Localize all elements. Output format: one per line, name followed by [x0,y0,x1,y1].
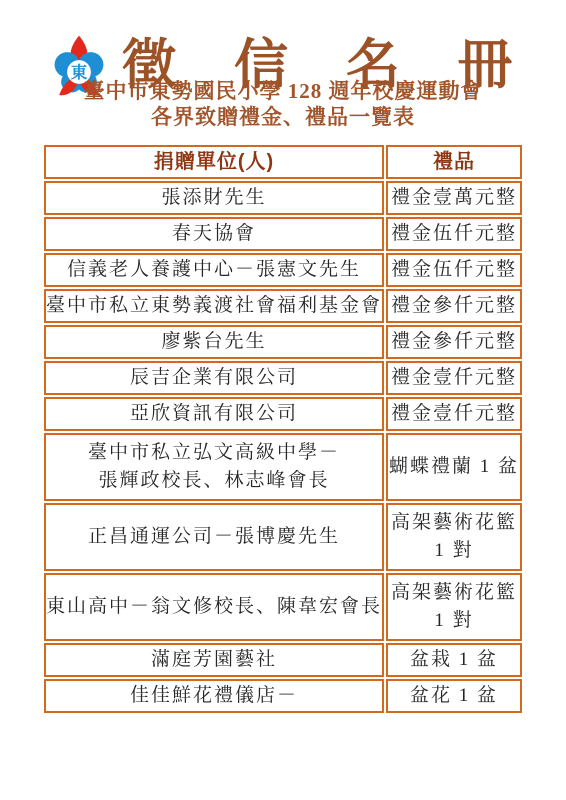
donor-cell: 正昌通運公司－張博慶先生 [44,503,384,571]
table-row: 廖紫台先生 禮金參仟元整 [44,325,522,359]
donor-cell: 信義老人養護中心－張憲文先生 [44,253,384,287]
document-header: 東 徵 信 名 冊 [0,0,566,74]
table-row: 辰吉企業有限公司 禮金壹仟元整 [44,361,522,395]
gift-text: 高架藝術花籃 [391,579,517,607]
donor-cell: 臺中市私立東勢義渡社會福利基金會 [44,289,384,323]
donor-text: 張添財先生 [161,184,266,212]
donor-text: 廖紫台先生 [161,328,266,356]
donor-text: 信義老人養護中心－張憲文先生 [67,256,361,284]
gift-text: 禮金伍仟元整 [391,220,517,248]
donor-text: 亞欣資訊有限公司 [130,400,298,428]
gift-text: 禮金參仟元整 [391,328,517,356]
donor-cell: 滿庭芳園藝社 [44,643,384,677]
table-row: 正昌通運公司－張博慶先生 高架藝術花籃 1 對 [44,503,522,571]
table-row: 信義老人養護中心－張憲文先生 禮金伍仟元整 [44,253,522,287]
gift-cell: 高架藝術花籃 1 對 [386,573,522,641]
gift-text: 蝴蝶禮蘭 1 盆 [389,453,519,481]
header-gift-column: 禮品 [386,145,522,179]
donor-text: 張輝政校長、林志峰會長 [98,467,329,495]
header-donor-column: 捐贈單位(人) [44,145,384,179]
gift-cell: 高架藝術花籃 1 對 [386,503,522,571]
gift-cell: 禮金壹仟元整 [386,397,522,431]
table-row: 臺中市私立弘文高級中學－ 張輝政校長、林志峰會長 蝴蝶禮蘭 1 盆 [44,433,522,501]
gift-cell: 禮金參仟元整 [386,289,522,323]
gift-text: 禮金壹仟元整 [391,400,517,428]
donor-cell: 廖紫台先生 [44,325,384,359]
gift-text: 盆栽 1 盆 [410,646,498,674]
gift-text: 1 對 [434,607,473,635]
gift-text: 高架藝術花籃 [391,509,517,537]
donor-text: 佳佳鮮花禮儀店－ [130,682,298,710]
donor-cell: 辰吉企業有限公司 [44,361,384,395]
table-row: 臺中市私立東勢義渡社會福利基金會 禮金參仟元整 [44,289,522,323]
donor-text: 正昌通運公司－張博慶先生 [88,523,340,551]
table-header-row: 捐贈單位(人) 禮品 [44,145,522,179]
donor-cell: 張添財先生 [44,181,384,215]
gift-cell: 禮金伍仟元整 [386,253,522,287]
donor-cell: 東山高中－翁文修校長、陳韋宏會長 [44,573,384,641]
subtitle-line1: 臺中市東勢國民小學 128 週年校慶運動會 [0,78,566,104]
donor-text: 滿庭芳園藝社 [151,646,277,674]
table-row: 張添財先生 禮金壹萬元整 [44,181,522,215]
donor-text: 春天協會 [172,220,256,248]
table-row: 春天協會 禮金伍仟元整 [44,217,522,251]
donor-text: 臺中市私立東勢義渡社會福利基金會 [46,292,382,320]
donor-text: 東山高中－翁文修校長、陳韋宏會長 [46,593,382,621]
gift-cell: 禮金壹萬元整 [386,181,522,215]
gift-text: 禮金參仟元整 [391,292,517,320]
table-row: 亞欣資訊有限公司 禮金壹仟元整 [44,397,522,431]
table-row: 佳佳鮮花禮儀店－ 盆花 1 盆 [44,679,522,713]
donor-text: 臺中市私立弘文高級中學－ [88,439,340,467]
donor-cell: 臺中市私立弘文高級中學－ 張輝政校長、林志峰會長 [44,433,384,501]
gift-text: 盆花 1 盆 [410,682,498,710]
page: 東 徵 信 名 冊 臺中市東勢國民小學 128 週年校慶運動會 各界致贈禮金、禮… [0,0,566,800]
donor-text: 辰吉企業有限公司 [130,364,298,392]
subtitle-line2: 各界致贈禮金、禮品一覽表 [0,104,566,130]
donor-cell: 春天協會 [44,217,384,251]
gift-text: 1 對 [434,537,473,565]
table-row: 滿庭芳園藝社 盆栽 1 盆 [44,643,522,677]
gift-cell: 禮金壹仟元整 [386,361,522,395]
gift-cell: 盆栽 1 盆 [386,643,522,677]
gift-text: 禮金壹萬元整 [391,184,517,212]
gift-cell: 禮金伍仟元整 [386,217,522,251]
donor-cell: 亞欣資訊有限公司 [44,397,384,431]
gift-text: 禮金伍仟元整 [391,256,517,284]
gift-cell: 盆花 1 盆 [386,679,522,713]
donation-table: 捐贈單位(人) 禮品 張添財先生 禮金壹萬元整 春天協會 禮金伍仟元整 信義老人… [44,145,522,713]
donor-cell: 佳佳鮮花禮儀店－ [44,679,384,713]
gift-text: 禮金壹仟元整 [391,364,517,392]
table-row: 東山高中－翁文修校長、陳韋宏會長 高架藝術花籃 1 對 [44,573,522,641]
gift-cell: 蝴蝶禮蘭 1 盆 [386,433,522,501]
gift-cell: 禮金參仟元整 [386,325,522,359]
